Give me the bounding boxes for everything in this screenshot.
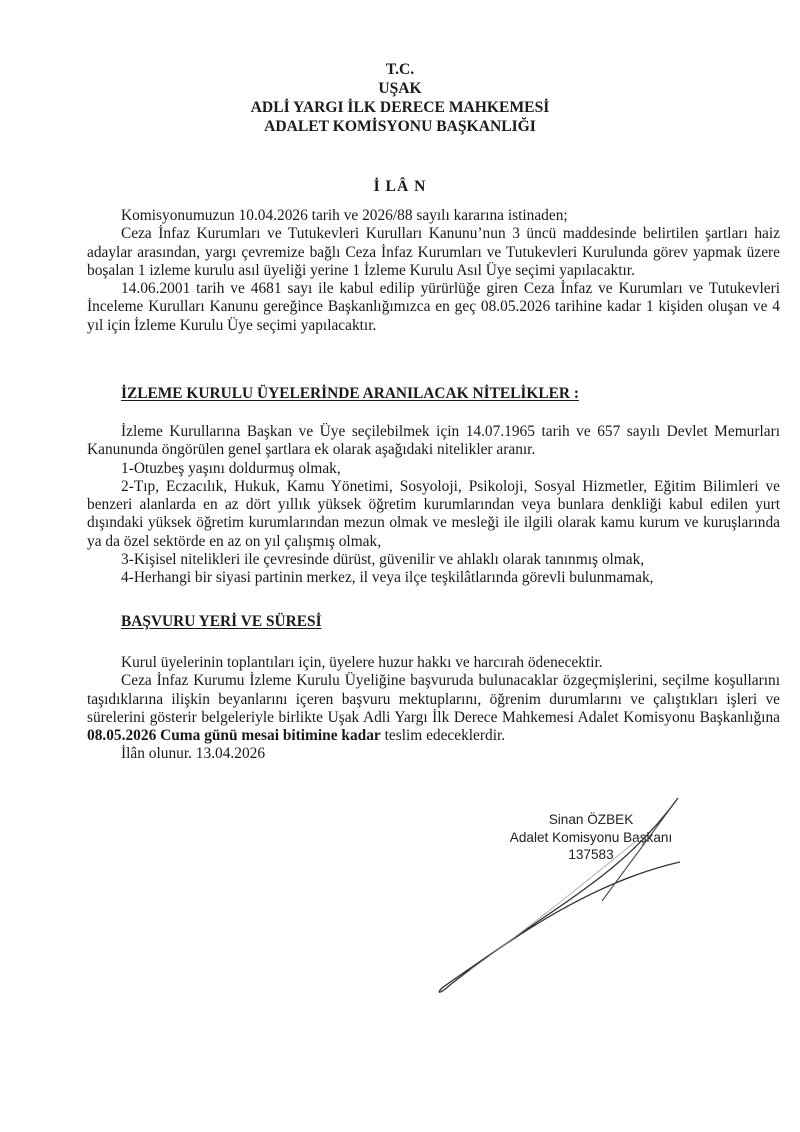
application-paragraph-1: Kurul üyelerinin toplantıları için, üyel… [87,654,780,672]
application-paragraph-2: Ceza İnfaz Kurumu İzleme Kurulu Üyeliğin… [87,672,780,745]
header-court: ADLİ YARGI İLK DERECE MAHKEMESİ [0,98,800,117]
application-heading: BAŞVURU YERİ VE SÜRESİ [121,613,322,631]
signatory-title: Adalet Komisyonu Başkanı [466,829,716,847]
qualification-item: 1-Otuzbeş yaşını doldurmuş olmak, [87,460,780,478]
header-commission: ADALET KOMİSYONU BAŞKANLIĞI [0,117,800,136]
header-city: UŞAK [0,79,800,98]
closing-line: İlân olunur. 13.04.2026 [87,745,780,763]
application-text-end: teslim edeceklerdir. [381,727,505,744]
application-section: Kurul üyelerinin toplantıları için, üyel… [87,654,780,764]
application-deadline: 08.05.2026 Cuma günü mesai bitimine kada… [87,727,381,744]
application-text: Ceza İnfaz Kurumu İzleme Kurulu Üyeliğin… [87,672,780,726]
qualification-item: 4-Herhangi bir siyasi partinin merkez, i… [87,569,780,587]
qualifications-heading: İZLEME KURULU ÜYELERİNDE ARANILACAK NİTE… [121,385,579,403]
qualifications-intro: İzleme Kurullarına Başkan ve Üye seçileb… [87,423,780,460]
header-tc: T.C. [0,60,800,79]
document-page: T.C. UŞAK ADLİ YARGI İLK DERECE MAHKEMES… [0,0,800,1132]
intro-section: Komisyonumuzun 10.04.2026 tarih ve 2026/… [87,207,780,335]
qualification-item: 2-Tıp, Eczacılık, Hukuk, Kamu Yönetimi, … [87,478,780,551]
signature-block: Sinan ÖZBEK Adalet Komisyonu Başkanı 137… [466,811,716,864]
signatory-name: Sinan ÖZBEK [466,811,716,829]
signatory-number: 137583 [466,846,716,864]
document-header: T.C. UŞAK ADLİ YARGI İLK DERECE MAHKEMES… [0,60,800,136]
qualifications-section: İzleme Kurullarına Başkan ve Üye seçileb… [87,423,780,588]
intro-paragraph-2: Ceza İnfaz Kurumları ve Tutukevleri Kuru… [87,225,780,280]
intro-paragraph-1: Komisyonumuzun 10.04.2026 tarih ve 2026/… [87,207,780,225]
document-title: İ LÂ N [0,178,800,196]
qualification-item: 3-Kişisel nitelikleri ile çevresinde dür… [87,551,780,569]
intro-paragraph-3: 14.06.2001 tarih ve 4681 sayı ile kabul … [87,280,780,335]
